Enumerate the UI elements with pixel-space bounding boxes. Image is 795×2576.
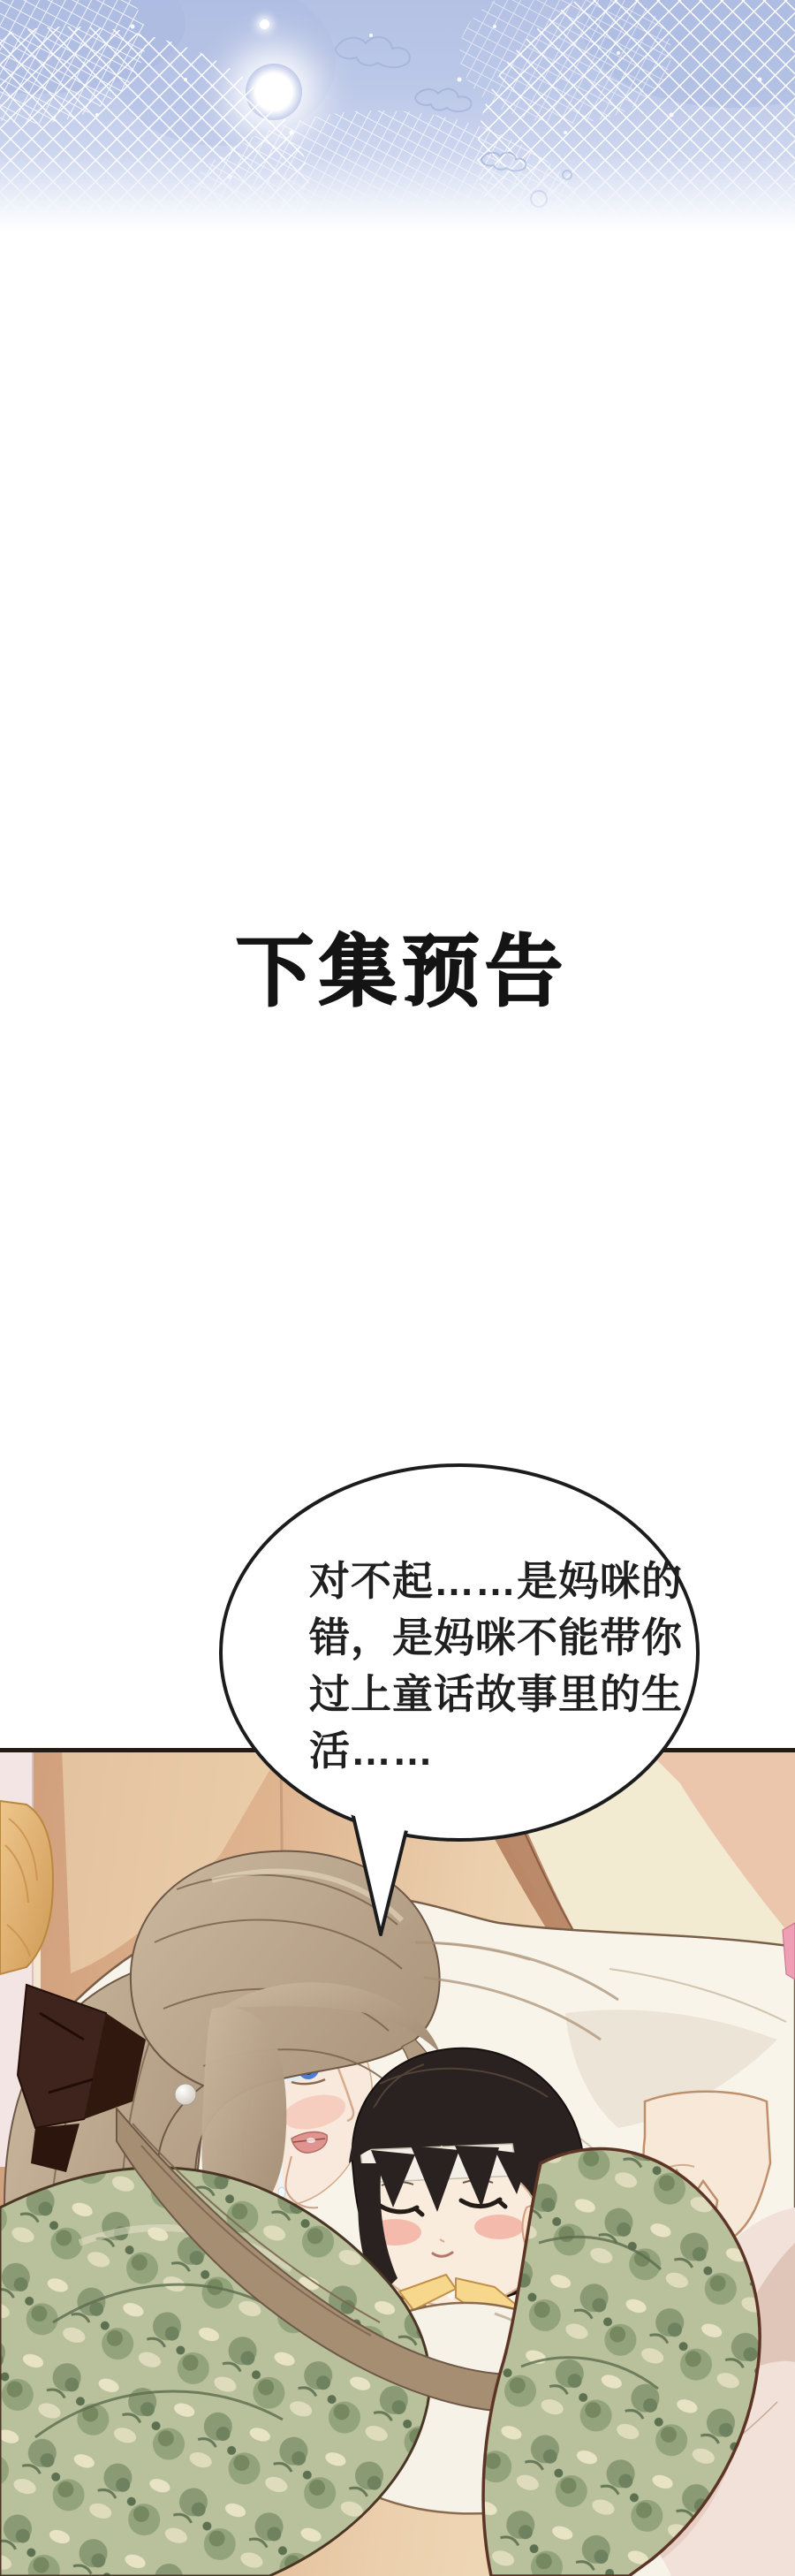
sky-lace-banner bbox=[0, 0, 795, 232]
bubble-line: 错，是妈咪不能带你 bbox=[309, 1609, 689, 1666]
pearl-earring bbox=[175, 2084, 196, 2105]
star-dot-icon bbox=[260, 19, 269, 29]
lace-pattern bbox=[0, 0, 795, 232]
bubble-line: 对不起……是妈咪的 bbox=[309, 1553, 689, 1609]
bubble-line: 过上童话故事里的生 bbox=[309, 1666, 689, 1722]
bubble-line: 活…… bbox=[309, 1722, 689, 1779]
speech-bubble-text: 对不起……是妈咪的 错，是妈咪不能带你 过上童话故事里的生 活…… bbox=[309, 1553, 689, 1779]
moon-icon bbox=[246, 64, 302, 120]
webtoon-page: 下集预告 bbox=[0, 0, 795, 2576]
episode-preview-title: 下集预告 bbox=[0, 910, 795, 1022]
